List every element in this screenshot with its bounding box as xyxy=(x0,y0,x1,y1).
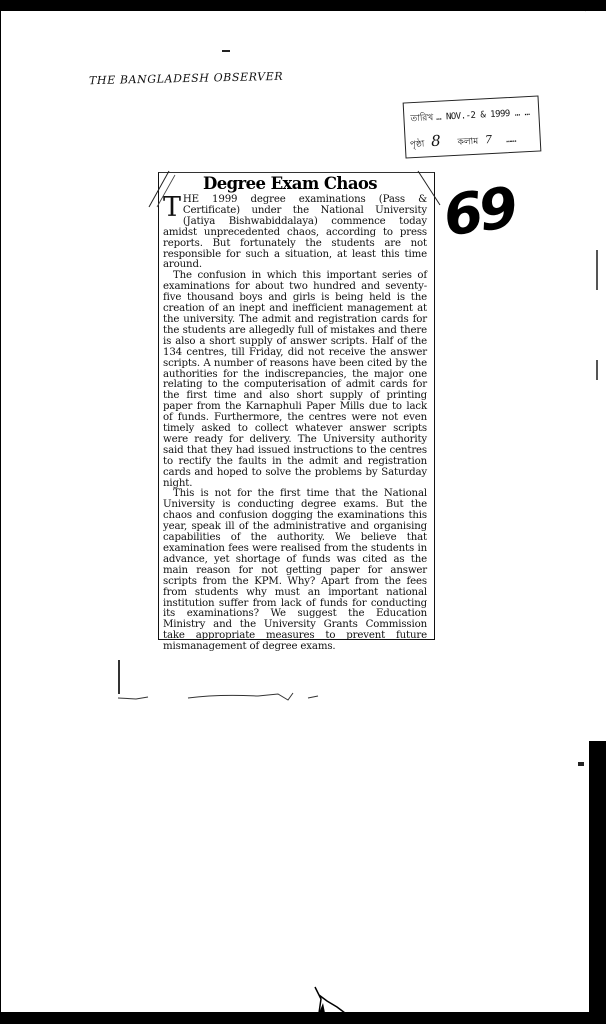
handwritten-page-number: 69 xyxy=(440,175,518,249)
scan-edge-marks xyxy=(596,360,598,380)
article-body: THE 1999 degree examinations (Pass & Cer… xyxy=(163,195,427,653)
scan-speck xyxy=(578,762,584,766)
scan-edge-marks xyxy=(596,250,598,290)
article-clipping: Degree Exam Chaos THE 1999 degree examin… xyxy=(158,172,435,640)
article-paragraph: The confusion in which this important se… xyxy=(163,271,427,489)
stamp-column-label: কলাম xyxy=(457,137,478,148)
stamp-column-value: 7 xyxy=(485,133,493,146)
stamp-date-value: … NOV.-2 & 1999 … … xyxy=(436,108,530,123)
archive-stamp: তারিখ … NOV.-2 & 1999 … … পৃষ্ঠা 8 কলাম … xyxy=(403,95,542,158)
scan-edge-marks xyxy=(118,660,120,694)
stamp-page-row: পৃষ্ঠা 8 কলাম 7…… xyxy=(409,128,516,153)
binding-tear-mark xyxy=(305,985,355,1015)
scan-speck xyxy=(222,50,230,52)
scan-edge-bottom xyxy=(0,1012,606,1024)
article-paragraph: This is not for the first time that the … xyxy=(163,489,427,653)
stamp-page-label: পৃষ্ঠা xyxy=(410,140,425,151)
stamp-date-row: তারিখ … NOV.-2 & 1999 … … xyxy=(410,105,530,126)
stamp-page-value: 8 xyxy=(431,132,441,150)
article-paragraph: THE 1999 degree examinations (Pass & Cer… xyxy=(163,195,427,271)
article-paragraph-text: HE 1999 degree examinations (Pass & Cert… xyxy=(163,194,427,270)
pencil-scribble-line xyxy=(118,690,338,702)
stamp-date-label: তারিখ xyxy=(410,113,433,124)
article-headline: Degree Exam Chaos xyxy=(203,174,403,193)
article-dropcap: T xyxy=(163,197,181,219)
